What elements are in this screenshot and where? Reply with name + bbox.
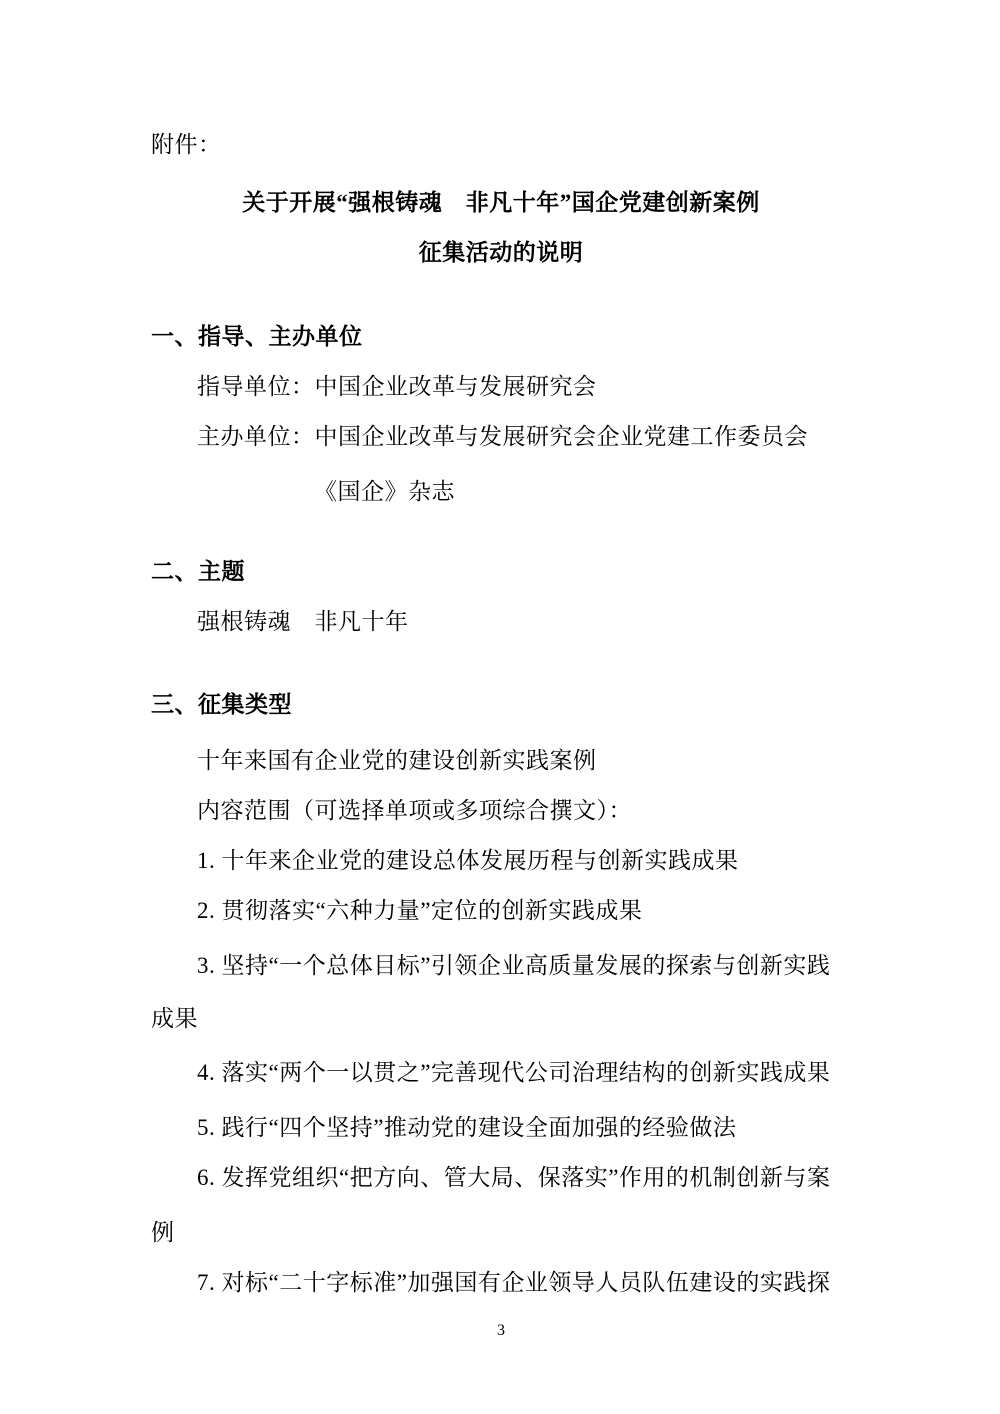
case-item-5: 5. 践行“四个坚持”推动党的建设全面加强的经验做法	[151, 1103, 851, 1153]
section1-heading: 一、指导、主办单位	[151, 312, 851, 362]
host-unit-line2: 《国企》杂志	[151, 467, 851, 517]
host-unit-line1: 主办单位：中国企业改革与发展研究会企业党建工作委员会	[151, 412, 851, 462]
attachment-label: 附件：	[151, 120, 851, 170]
guide-unit-line: 指导单位：中国企业改革与发展研究会	[151, 362, 851, 412]
collect-type-line: 十年来国有企业党的建设创新实践案例	[151, 736, 851, 786]
case-item-6-line2: 例	[151, 1208, 851, 1258]
case-item-4: 4. 落实“两个一以贯之”完善现代公司治理结构的创新实践成果	[151, 1048, 851, 1098]
doc-title-line1: 关于开展“强根铸魂 非凡十年”国企党建创新案例	[151, 178, 851, 228]
content-scope-line: 内容范围（可选择单项或多项综合撰文）：	[151, 786, 851, 836]
doc-title-line2: 征集活动的说明	[151, 228, 851, 278]
document-page: 附件： 关于开展“强根铸魂 非凡十年”国企党建创新案例 征集活动的说明 一、指导…	[0, 0, 1000, 1414]
case-item-7: 7. 对标“二十字标准”加强国有企业领导人员队伍建设的实践探	[151, 1258, 851, 1308]
case-item-6-line1: 6. 发挥党组织“把方向、管大局、保落实”作用的机制创新与案	[151, 1153, 851, 1203]
case-item-2: 2. 贯彻落实“六种力量”定位的创新实践成果	[151, 886, 851, 936]
page-number: 3	[151, 1316, 851, 1346]
theme-line: 强根铸魂 非凡十年	[151, 597, 851, 647]
section3-heading: 三、征集类型	[151, 680, 851, 730]
case-item-3-line1: 3. 坚持“一个总体目标”引领企业高质量发展的探索与创新实践	[151, 941, 851, 991]
section2-heading: 二、主题	[151, 547, 851, 597]
case-item-1: 1. 十年来企业党的建设总体发展历程与创新实践成果	[151, 836, 851, 886]
case-item-3-line2: 成果	[151, 994, 851, 1044]
